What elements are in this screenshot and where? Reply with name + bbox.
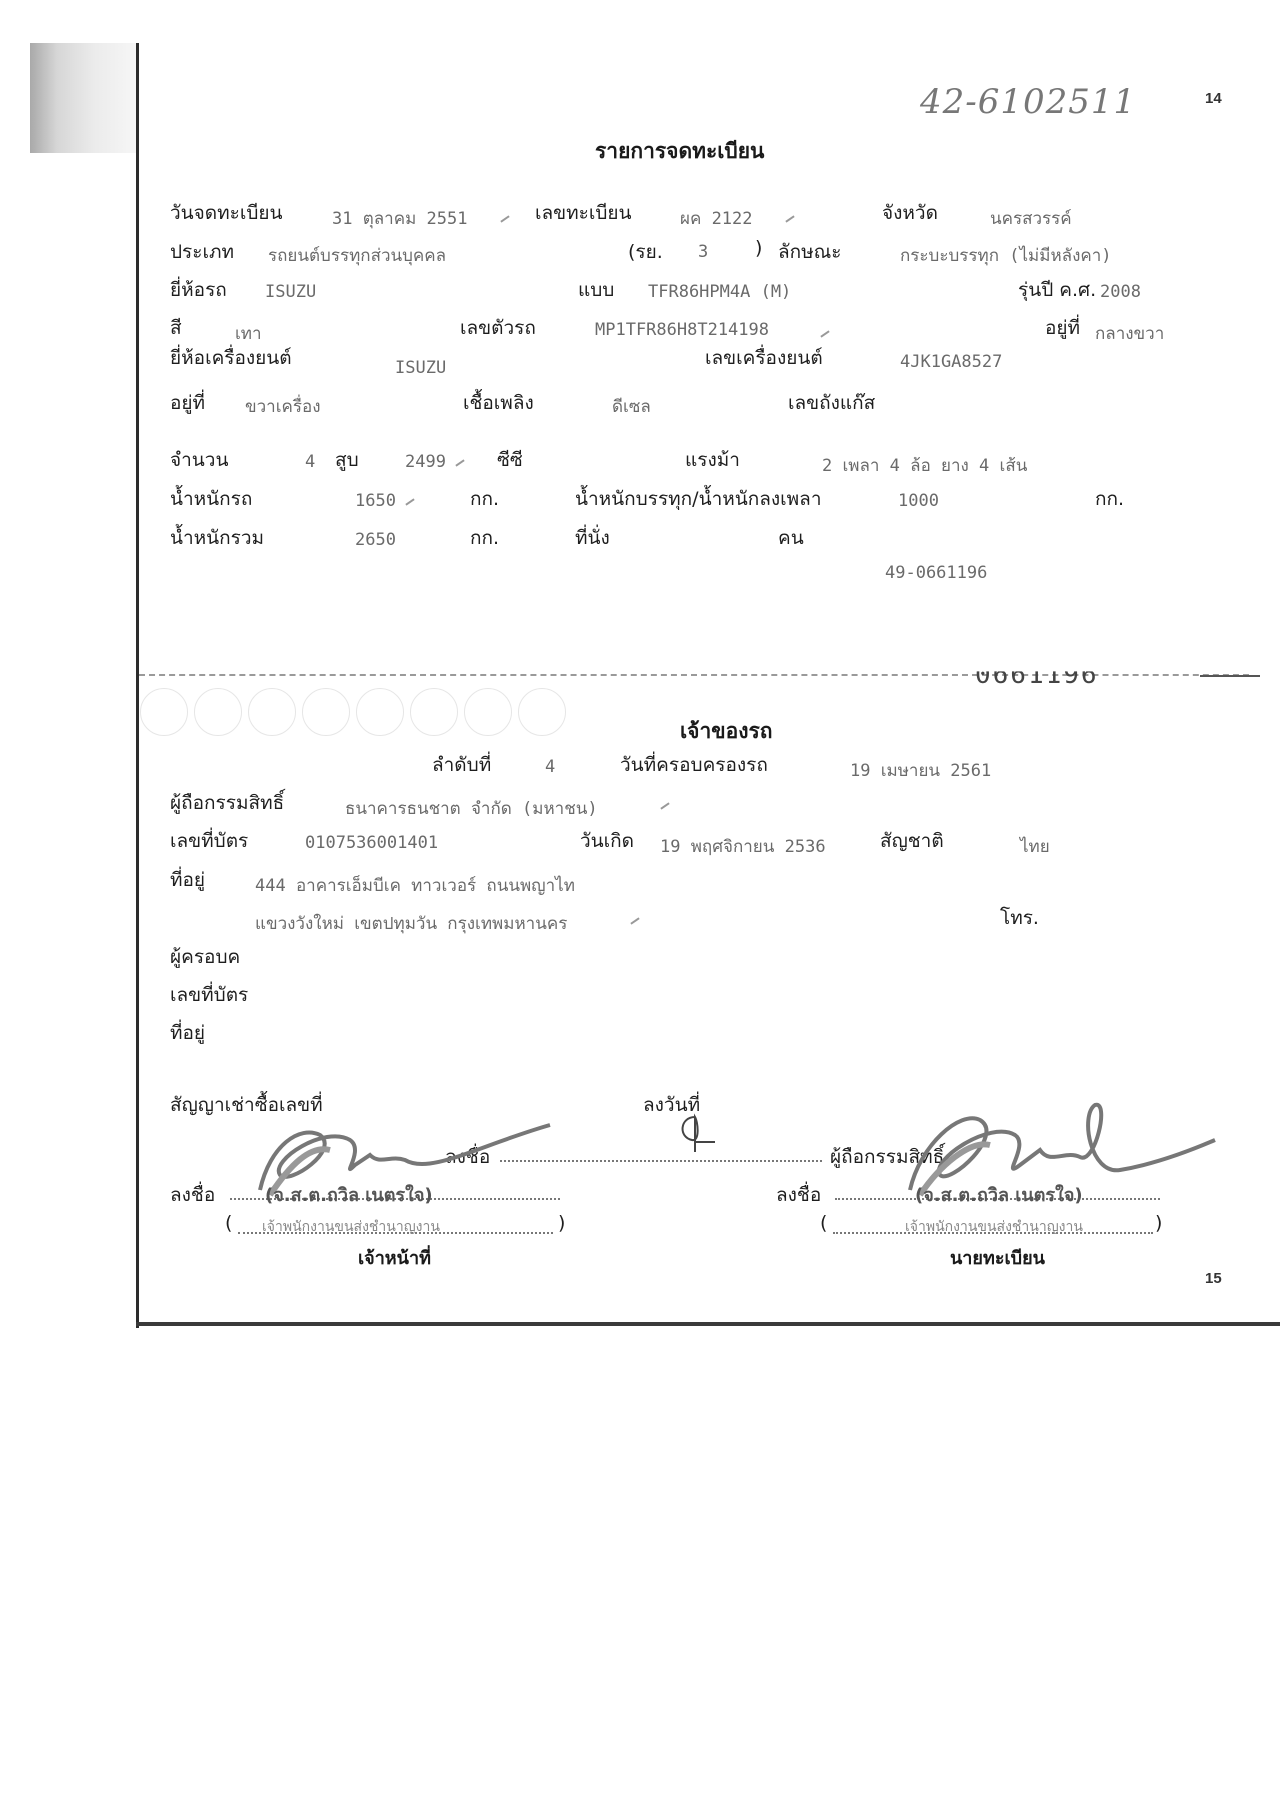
chassis-label: เลขตัวรถ	[460, 313, 536, 343]
reg-date-value: 31 ตุลาคม 2551	[332, 205, 467, 232]
phone-label: โทร.	[1000, 903, 1039, 933]
registrar-paren-close: )	[1155, 1212, 1162, 1234]
load-unit: กก.	[1095, 484, 1124, 514]
officer-sign-label: ลงชื่อ	[170, 1180, 215, 1210]
possessor-address-label: ที่อยู่	[170, 1018, 205, 1048]
load-value: 1000	[898, 491, 939, 511]
page-number-top: 14	[1205, 90, 1222, 107]
check-mark	[660, 802, 669, 809]
engine-number-label: เลขเครื่องยนต์	[705, 343, 823, 373]
brand-value: ISUZU	[265, 282, 316, 302]
check-mark	[455, 459, 464, 466]
owner-id-label: เลขที่บัตร	[170, 826, 248, 856]
engine-brand-label: ยี่ห้อเครื่องยนต์	[170, 343, 292, 373]
officer-role: เจ้าหน้าที่	[358, 1243, 431, 1272]
style-value: กระบะบรรทุก (ไม่มีหลังคา)	[900, 242, 1112, 269]
type-code-value: 3	[698, 242, 708, 262]
check-mark	[405, 498, 414, 505]
model-label: แบบ	[578, 275, 614, 305]
chassis-location-value: กลางขวา	[1095, 320, 1164, 347]
registrar-sign-label: ลงชื่อ	[776, 1180, 821, 1210]
seats-label: ที่นั่ง	[575, 523, 610, 553]
engine-location-label: อยู่ที่	[170, 388, 205, 418]
province-label: จังหวัด	[882, 198, 938, 228]
serial-number-cut: 0661196	[975, 660, 1099, 690]
fuel-value: ดีเซล	[612, 393, 651, 420]
holder-value: ธนาคารธนชาต จำกัด (มหาชน)	[345, 795, 598, 822]
chassis-location-label: อยู่ที่	[1045, 313, 1080, 343]
holder-label: ผู้ถือกรรมสิทธิ์	[170, 788, 284, 818]
engine-number-value: 4JK1GA8527	[900, 352, 1002, 372]
weight-unit: กก.	[470, 484, 499, 514]
possessor-label: ผู้ครอบค	[170, 942, 240, 972]
gas-tank-label: เลขถังแก๊ส	[788, 388, 875, 418]
owner-address-line1: 444 อาคารเอ็มบีเค ทาวเวอร์ ถนนพญาไท	[255, 872, 575, 899]
owner-address-line2: แขวงวังใหม่ เขตปทุมวัน กรุงเทพมหานคร	[255, 910, 567, 937]
possession-date-value: 19 เมษายน 2561	[850, 757, 991, 784]
model-value: TFR86HPM4A (M)	[648, 282, 791, 302]
watermark-seals	[140, 688, 566, 728]
registration-title: รายการจดทะเบียน	[595, 135, 764, 168]
officer-paren-close: )	[558, 1212, 565, 1234]
year-label: รุ่นปี ค.ศ.	[1018, 275, 1096, 305]
weight-label: น้ำหนักรถ	[170, 484, 252, 514]
fuel-label: เชื้อเพลิง	[463, 388, 534, 418]
nationality-value: ไทย	[1020, 833, 1050, 860]
reg-date-label: วันจดทะเบียน	[170, 198, 283, 228]
load-label: น้ำหนักบรรทุก/น้ำหนักลงเพลา	[575, 484, 822, 514]
plate-value: ผค 2122	[680, 205, 753, 232]
type-label: ประเภท	[170, 237, 234, 267]
page-frame-left	[136, 43, 139, 1328]
gross-weight-label: น้ำหนักรวม	[170, 523, 264, 553]
date-initial-icon	[670, 1112, 720, 1157]
color-label: สี	[170, 313, 182, 343]
check-mark	[820, 330, 829, 337]
chassis-value: MP1TFR86H8T214198	[595, 320, 769, 340]
horsepower-label: แรงม้า	[685, 445, 740, 475]
registrar-position: เจ้าพนักงานขนส่งชำนาญงาน	[905, 1216, 1083, 1238]
style-label: ลักษณะ	[778, 237, 842, 267]
scan-corner-shadow	[30, 43, 138, 153]
handwritten-reference: 42-6102511	[920, 82, 1136, 122]
possessor-id-label: เลขที่บัตร	[170, 980, 248, 1010]
type-code-open: (รย.	[628, 237, 663, 267]
cc-label: ซีซี	[497, 445, 523, 475]
brand-label: ยี่ห้อรถ	[170, 275, 227, 305]
year-value: 2008	[1100, 282, 1141, 302]
owner-order-value: 4	[545, 757, 555, 777]
plate-label: เลขทะเบียน	[535, 198, 632, 228]
province-value: นครสวรรค์	[990, 205, 1072, 232]
page-number-bottom: 15	[1205, 1270, 1222, 1287]
owner-address-label: ที่อยู่	[170, 865, 205, 895]
registrar-role: นายทะเบียน	[950, 1243, 1045, 1272]
axles-value: 2 เพลา 4 ล้อ ยาง 4 เส้น	[822, 452, 1027, 479]
separator-underline	[1200, 675, 1260, 677]
possession-date-label: วันที่ครอบครองรถ	[620, 750, 768, 780]
owner-order-label: ลำดับที่	[432, 750, 491, 780]
page-frame-bottom	[136, 1322, 1280, 1326]
engine-brand-value: ISUZU	[395, 358, 446, 378]
owner-id-value: 0107536001401	[305, 833, 438, 853]
cc-value: 2499	[405, 452, 446, 472]
officer-stamp-name: (จ.ส.ต.ถวิล เนตรใจ)	[265, 1180, 433, 1209]
seats-unit: คน	[778, 523, 804, 553]
check-mark	[500, 215, 509, 222]
registrar-stamp-name: (จ.ส.ต.ถวิล เนตรใจ)	[915, 1180, 1083, 1209]
check-mark	[630, 917, 639, 924]
weight-value: 1650	[355, 491, 396, 511]
birth-date-value: 19 พฤศจิกายน 2536	[660, 833, 826, 860]
nationality-label: สัญชาติ	[880, 826, 944, 856]
engine-location-value: ขวาเครื่อง	[245, 393, 321, 420]
owner-title: เจ้าของรถ	[680, 715, 773, 748]
registrar-paren-open: (	[820, 1212, 827, 1234]
cylinders-value: 4	[305, 452, 315, 472]
gross-weight-unit: กก.	[470, 523, 499, 553]
officer-position: เจ้าพนักงานขนส่งชำนาญงาน	[262, 1216, 440, 1238]
type-value: รถยนต์บรรทุกส่วนบุคคล	[268, 242, 446, 269]
cylinders-unit: สูบ	[335, 445, 359, 475]
officer-paren-open: (	[225, 1212, 232, 1234]
type-code-close: )	[755, 237, 762, 259]
gross-weight-value: 2650	[355, 530, 396, 550]
check-mark	[785, 215, 794, 222]
count-label: จำนวน	[170, 445, 228, 475]
document-number: 49-0661196	[885, 563, 987, 583]
birth-date-label: วันเกิด	[580, 826, 634, 856]
